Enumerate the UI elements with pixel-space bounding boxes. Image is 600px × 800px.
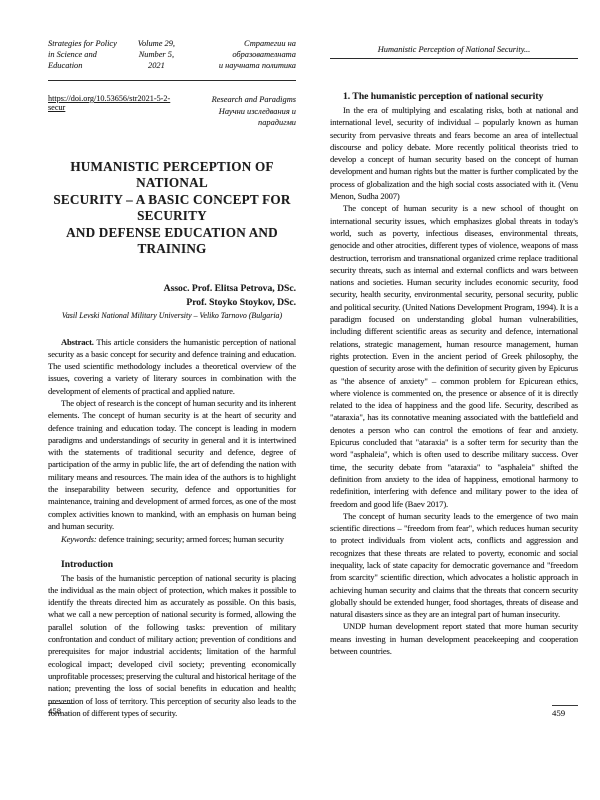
author-block: Assoc. Prof. Elitsa Petrova, DSc. Prof. … [48,282,296,310]
page-number-right: 459 [552,708,578,718]
introduction-heading: Introduction [61,559,296,570]
page-right: Humanistic Perception of National Securi… [330,44,578,657]
section-labels: Research and Paradigms Научни изследвани… [183,94,296,129]
article-title: HUMANISTIC PERCEPTION OF NATIONAL SECURI… [48,159,296,258]
introduction-paragraph: The basis of the humanistic perception o… [48,572,296,720]
abstract-paragraph-1: Abstract. This article considers the hum… [48,336,296,397]
running-head: Humanistic Perception of National Securi… [330,44,578,55]
keywords-text: defence training; security; armed forces… [99,534,284,544]
affiliation: Vasil Levski National Military Universit… [48,311,296,320]
footer-left: 458 [48,703,74,716]
doi-link[interactable]: https://doi.org/10.53656/str2021-5-2-sec… [48,94,183,112]
journal-volume: Volume 29, Number 5, 2021 [130,38,182,71]
section-1-paragraph-4: UNDP human development report stated tha… [330,620,578,657]
header-rule [48,80,296,81]
section-label-bg: Научни изследвания и парадигми [183,106,296,129]
keywords-line: Keywords: defence training; security; ar… [48,533,296,545]
journal-name-bulgarian: Стратегии на образователната и научната … [183,38,296,71]
section-1-paragraph-2: The concept of human security is a new s… [330,202,578,509]
section-1-heading: 1. The humanistic perception of national… [330,91,578,102]
running-head-rule [330,58,578,59]
footer-right: 459 [552,705,578,718]
abstract-label: Abstract. [61,337,94,347]
footer-rule-right [552,705,578,706]
page-left: Strategies for Policy in Science and Edu… [48,38,296,719]
author-1: Assoc. Prof. Elitsa Petrova, DSc. [48,282,296,296]
page-number-left: 458 [48,706,74,716]
doi-row: https://doi.org/10.53656/str2021-5-2-sec… [48,94,296,129]
keywords-label: Keywords: [61,534,97,544]
section-label-en: Research and Paradigms [183,94,296,106]
section-1-paragraph-3: The concept of human security leads to t… [330,510,578,621]
journal-name: Strategies for Policy in Science and Edu… [48,38,130,71]
abstract-paragraph-2: The object of research is the concept of… [48,397,296,532]
section-1-paragraph-1: In the era of multiplying and escalating… [330,104,578,202]
journal-header: Strategies for Policy in Science and Edu… [48,38,296,71]
author-2: Prof. Stoyko Stoykov, DSc. [48,296,296,310]
scanned-paper-spread: Strategies for Policy in Science and Edu… [0,0,600,800]
footer-rule-left [48,703,74,704]
